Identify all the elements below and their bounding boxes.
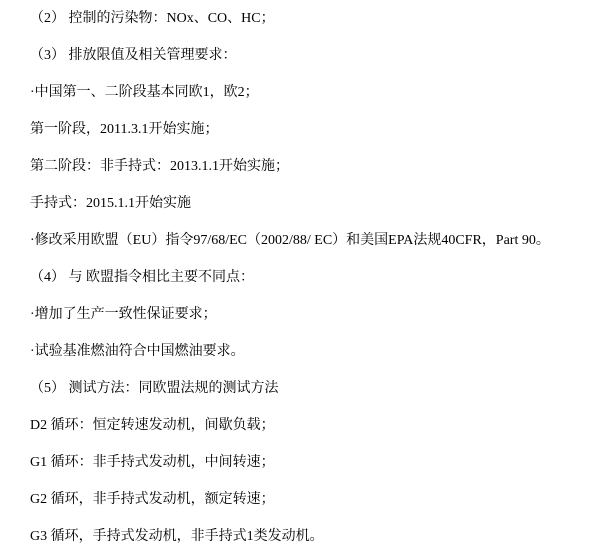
text-line-limits-heading: （3） 排放限值及相关管理要求： — [0, 37, 606, 74]
text-line-stage1: 第一阶段，2011.3.1开始实施； — [0, 111, 606, 148]
text-line-stage2-nonhandheld: 第二阶段：非手持式：2013.1.1开始实施； — [0, 148, 606, 185]
document-page: （2） 控制的污染物：NOx、CO、HC； （3） 排放限值及相关管理要求： ·… — [0, 0, 606, 556]
text-line-differences-heading: （4） 与 欧盟指令相比主要不同点： — [0, 259, 606, 296]
text-line-bullet-eu-directive: ·修改采用欧盟（EU）指令97/68/EC（2002/88/ EC）和美国EPA… — [0, 222, 606, 259]
text-line-g1-cycle: G1 循环：非手持式发动机，中间转速； — [0, 444, 606, 481]
text-line-g2-cycle: G2 循环，非手持式发动机，额定转速； — [0, 481, 606, 518]
text-line-bullet-fuel: ·试验基准燃油符合中国燃油要求。 — [0, 333, 606, 370]
text-line-d2-cycle: D2 循环：恒定转速发动机，间歇负载； — [0, 407, 606, 444]
text-line-bullet-china-stages: ·中国第一、二阶段基本同欧1，欧2； — [0, 74, 606, 111]
text-line-g3-cycle: G3 循环，手持式发动机，非手持式1类发动机。 — [0, 518, 606, 555]
text-line-test-method-heading: （5） 测试方法：同欧盟法规的测试方法 — [0, 370, 606, 407]
text-line-bullet-conformity: ·增加了生产一致性保证要求； — [0, 296, 606, 333]
text-line-pollutants: （2） 控制的污染物：NOx、CO、HC； — [0, 0, 606, 37]
text-line-handheld: 手持式：2015.1.1开始实施 — [0, 185, 606, 222]
